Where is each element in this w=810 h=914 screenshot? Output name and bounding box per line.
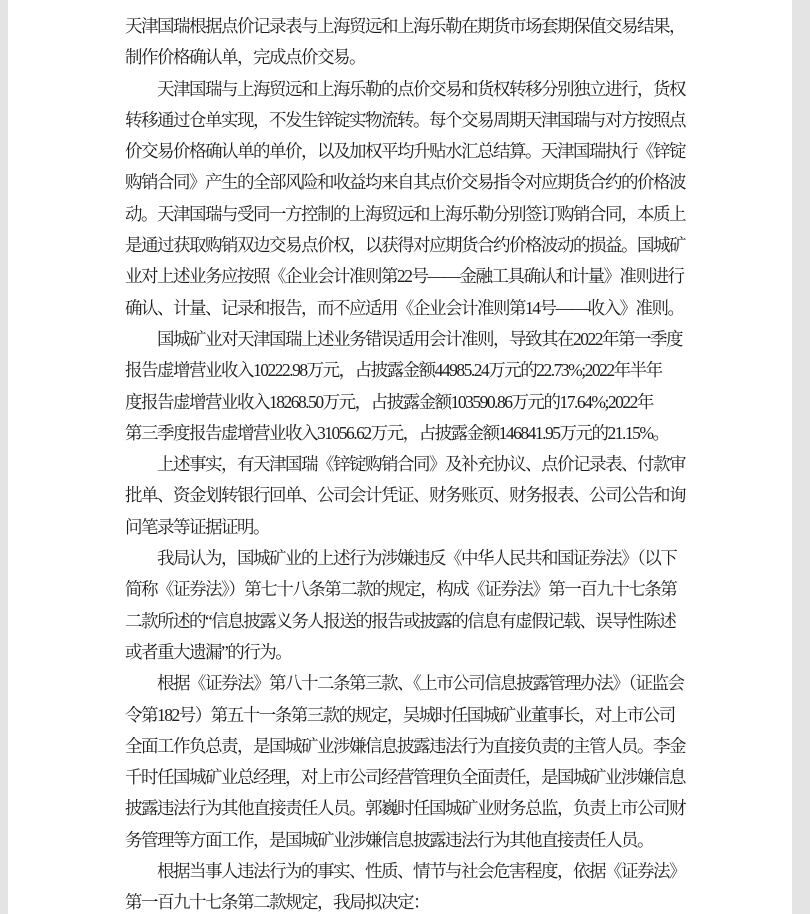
text-line: 第一百九十七条第二款规定，我局拟决定： — [125, 887, 691, 914]
text-line: 第三季度报告虚增营业收入31056.62万元，占披露金额146841.95万元的… — [125, 418, 691, 449]
text-line: 购销合同》产生的全部风险和收益均来自其点价交易指令对应期货合约的价格波 — [125, 167, 691, 198]
text-line: 二款所述的“信息披露义务人报送的报告或披露的信息有虚假记载、误导性陈述 — [125, 606, 691, 637]
text-line: 根据当事人违法行为的事实、性质、情节与社会危害程度，依据《证券法》 — [125, 856, 691, 887]
document-page: 天津国瑞根据点价记录表与上海贸远和上海乐勒在期货市场套期保值交易结果，制作价格确… — [8, 0, 792, 914]
document-text: 天津国瑞根据点价记录表与上海贸远和上海乐勒在期货市场套期保值交易结果，制作价格确… — [125, 11, 691, 914]
text-line: 制作价格确认单，完成点价交易。 — [125, 42, 691, 73]
text-line: 动。天津国瑞与受同一方控制的上海贸远和上海乐勒分别签订购销合同，本质上 — [125, 199, 691, 230]
text-line: 务管理等方面工作，是国城矿业涉嫌信息披露违法行为其他直接责任人员。 — [125, 825, 691, 856]
text-line: 根据《证券法》第八十二条第三款、《上市公司信息披露管理办法》（证监会 — [125, 668, 691, 699]
text-line: 或者重大遗漏”的行为。 — [125, 637, 691, 668]
text-line: 千时任国城矿业总经理，对上市公司经营管理负全面责任，是国城矿业涉嫌信息 — [125, 762, 691, 793]
text-line: 价交易价格确认单的单价，以及加权平均升贴水汇总结算。天津国瑞执行《锌锭 — [125, 136, 691, 167]
text-line: 简称《证券法》）第七十八条第二款的规定，构成《证券法》第一百九十七条第 — [125, 574, 691, 605]
text-line: 上述事实，有天津国瑞《锌锭购销合同》及补充协议、点价记录表、付款审 — [125, 449, 691, 480]
text-line: 业对上述业务应按照《企业会计准则第22号——金融工具确认和计量》准则进行 — [125, 261, 691, 292]
text-line: 全面工作负总责，是国城矿业涉嫌信息披露违法行为直接负责的主管人员。李金 — [125, 731, 691, 762]
text-line: 天津国瑞根据点价记录表与上海贸远和上海乐勒在期货市场套期保值交易结果， — [125, 11, 691, 42]
text-line: 确认、计量、记录和报告，而不应适用《企业会计准则第14号——收入》准则。 — [125, 293, 691, 324]
text-line: 批单、资金划转银行回单、公司会计凭证、财务账页、财务报表、公司公告和询 — [125, 480, 691, 511]
text-line: 国城矿业对天津国瑞上述业务错误适用会计准则，导致其在2022年第一季度 — [125, 324, 691, 355]
text-line: 度报告虚增营业收入18268.50万元，占披露金额103590.86万元的17.… — [125, 387, 691, 418]
text-line: 令第182号）第五十一条第三款的规定，吴城时任国城矿业董事长，对上市公司 — [125, 700, 691, 731]
text-line: 问笔录等证据证明。 — [125, 512, 691, 543]
text-line: 是通过获取购销双边交易点价权，以获得对应期货合约价格波动的损益。国城矿 — [125, 230, 691, 261]
document-viewer: { "page": { "background_color": "#e4e4e4… — [0, 0, 810, 914]
text-line: 我局认为，国城矿业的上述行为涉嫌违反《中华人民共和国证券法》（以下 — [125, 543, 691, 574]
text-line: 报告虚增营业收入10222.98万元，占披露金额44985.24万元的22.73… — [125, 355, 691, 386]
text-line: 天津国瑞与上海贸远和上海乐勒的点价交易和货权转移分别独立进行，货权 — [125, 74, 691, 105]
text-line: 转移通过仓单实现，不发生锌锭实物流转。每个交易周期天津国瑞与对方按照点 — [125, 105, 691, 136]
text-line: 披露违法行为其他直接责任人员。郭巍时任国城矿业财务总监，负责上市公司财 — [125, 793, 691, 824]
